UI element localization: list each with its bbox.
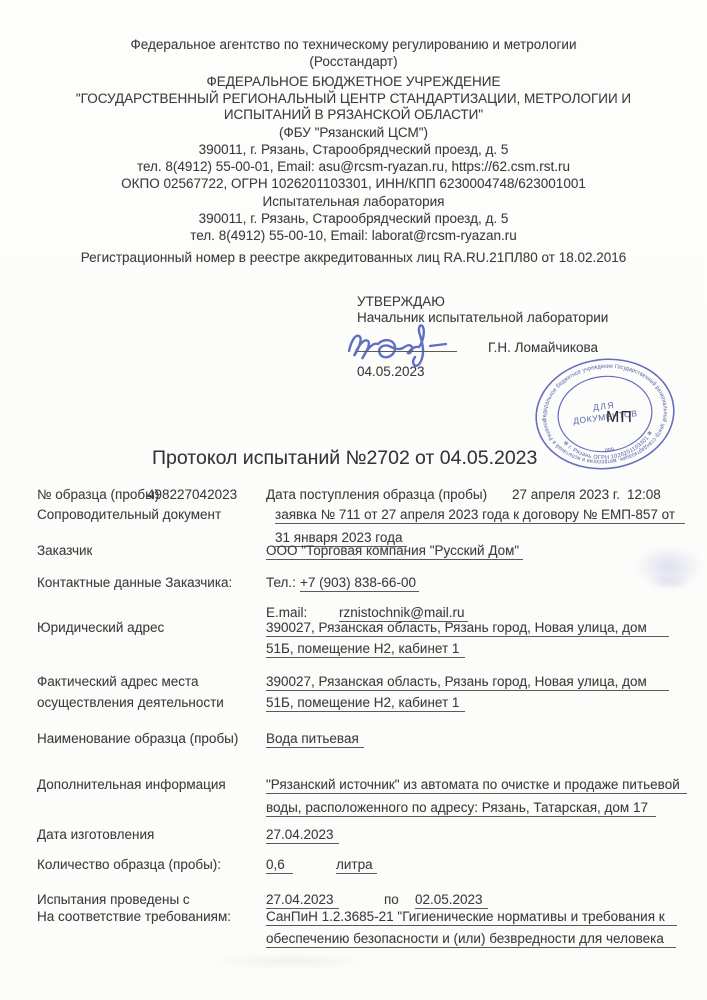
additional-info-label: Дополнительная информация	[37, 777, 226, 792]
legal-address-value-line1: 390027, Рязанская область, Рязань город,…	[266, 620, 669, 637]
header-lab-contacts: тел. 8(4912) 55-00-10, Email: laborat@rc…	[0, 228, 707, 243]
approval-signer-name: Г.Н. Ломайчикова	[488, 340, 598, 355]
testing-period-to: 02.05.2023	[415, 892, 488, 909]
email-label: E.mail:	[266, 605, 307, 620]
header-institution-short: (ФБУ "Рязанский ЦСМ")	[0, 125, 707, 140]
additional-info-value-line2: воды, расположенного по адресу: Рязань, …	[266, 800, 656, 817]
sample-quantity-value: 0,6	[266, 857, 293, 874]
sample-number-label: № образца (пробы)	[37, 487, 159, 502]
manufacture-date-label: Дата изготовления	[37, 827, 154, 842]
header-lab-address: 390011, г. Рязань, Старообрядческий прое…	[0, 211, 707, 226]
header-accreditation: Регистрационный номер в реестре аккредит…	[0, 250, 707, 265]
header-address: 390011, г. Рязань, Старообрядческий прое…	[0, 142, 707, 157]
header-agency: Федеральное агентство по техническому ре…	[0, 37, 707, 52]
legal-address-label: Юридический адрес	[37, 620, 164, 635]
scan-smudge-artifact	[205, 955, 375, 968]
phone-label: Тел.:	[266, 575, 296, 590]
scan-ink-ghost-artifact	[633, 545, 705, 589]
actual-address-label-line1: Фактический адрес места	[37, 674, 199, 689]
testing-period-to-label: по	[384, 892, 399, 907]
testing-period-from: 27.04.2023	[266, 892, 339, 909]
header-institution-type: ФЕДЕРАЛЬНОЕ БЮДЖЕТНОЕ УЧРЕЖДЕНИЕ	[0, 74, 707, 89]
receipt-date-label: Дата поступления образца (пробы)	[266, 487, 487, 502]
sample-name-value: Вода питьевая	[266, 731, 364, 748]
additional-info-value-line1: "Рязанский источник" из автомата по очис…	[266, 777, 687, 794]
sample-number-value: 498227042023	[147, 487, 237, 502]
header-contacts: тел. 8(4912) 55-00-01, Email: asu@rcsm-r…	[0, 159, 707, 174]
manufacture-date-value: 27.04.2023	[266, 827, 339, 844]
approval-date: 04.05.2023	[357, 364, 425, 379]
header-agency-short: (Росстандарт)	[0, 54, 707, 69]
sample-name-label: Наименование образца (пробы)	[37, 731, 238, 746]
scanned-test-protocol-page: Федеральное агентство по техническому ре…	[0, 0, 707, 1000]
approval-label: УТВЕРЖДАЮ	[357, 294, 445, 309]
actual-address-value-line2: 51Б, помещение Н2, кабинет 1	[266, 695, 465, 712]
requirements-value-line2: обеспечению безопасности и (или) безвред…	[266, 931, 676, 948]
sample-quantity-unit: литра	[336, 857, 377, 874]
stamp-number: 009	[605, 447, 615, 454]
receipt-date-value: 27 апреля 2023 г.	[512, 487, 620, 502]
round-stamp: Федеральное бюджетное учреждение Государ…	[531, 355, 679, 473]
phone-value: +7 (903) 838-66-00	[300, 575, 419, 592]
accompanying-doc-label: Сопроводительный документ	[37, 507, 221, 522]
legal-address-value-line2: 51Б, помещение Н2, кабинет 1	[266, 641, 465, 658]
testing-period-label: Испытания проведены с	[37, 892, 190, 907]
header-institution-name-1: "ГОСУДАРСТВЕННЫЙ РЕГИОНАЛЬНЫЙ ЦЕНТР СТАН…	[0, 91, 707, 106]
actual-address-value-line1: 390027, Рязанская область, Рязань город,…	[266, 674, 669, 691]
signature-line	[357, 338, 457, 352]
customer-label: Заказчик	[37, 543, 92, 558]
receipt-time-value: 12:08	[627, 487, 661, 502]
protocol-title-date: от 04.05.2023	[415, 448, 537, 469]
customer-value: ООО "Торговая компания "Русский Дом"	[266, 543, 523, 560]
accompanying-doc-value-line1: заявка № 711 от 27 апреля 2023 года к до…	[275, 507, 685, 524]
sample-quantity-label: Количество образца (пробы):	[37, 857, 221, 872]
requirements-label: На соответствие требованиям:	[37, 909, 231, 924]
header-codes: ОКПО 02567722, ОГРН 1026201103301, ИНН/К…	[0, 176, 707, 191]
header-lab-name: Испытательная лаборатория	[0, 194, 707, 209]
header-institution-name-2: ИСПЫТАНИЙ В РЯЗАНСКОЙ ОБЛАСТИ"	[0, 107, 707, 122]
requirements-value-line1: СанПиН 1.2.3685-21 "Гигиенические нормат…	[266, 909, 677, 926]
scan-ink-ghost-artifact	[648, 574, 692, 590]
customer-contacts-label: Контактные данные Заказчика:	[37, 575, 232, 590]
mp-seal-placeholder: МП	[606, 409, 633, 427]
protocol-title: Протокол испытаний №2702	[152, 448, 410, 469]
actual-address-label-line2: осуществления деятельности	[37, 695, 224, 710]
